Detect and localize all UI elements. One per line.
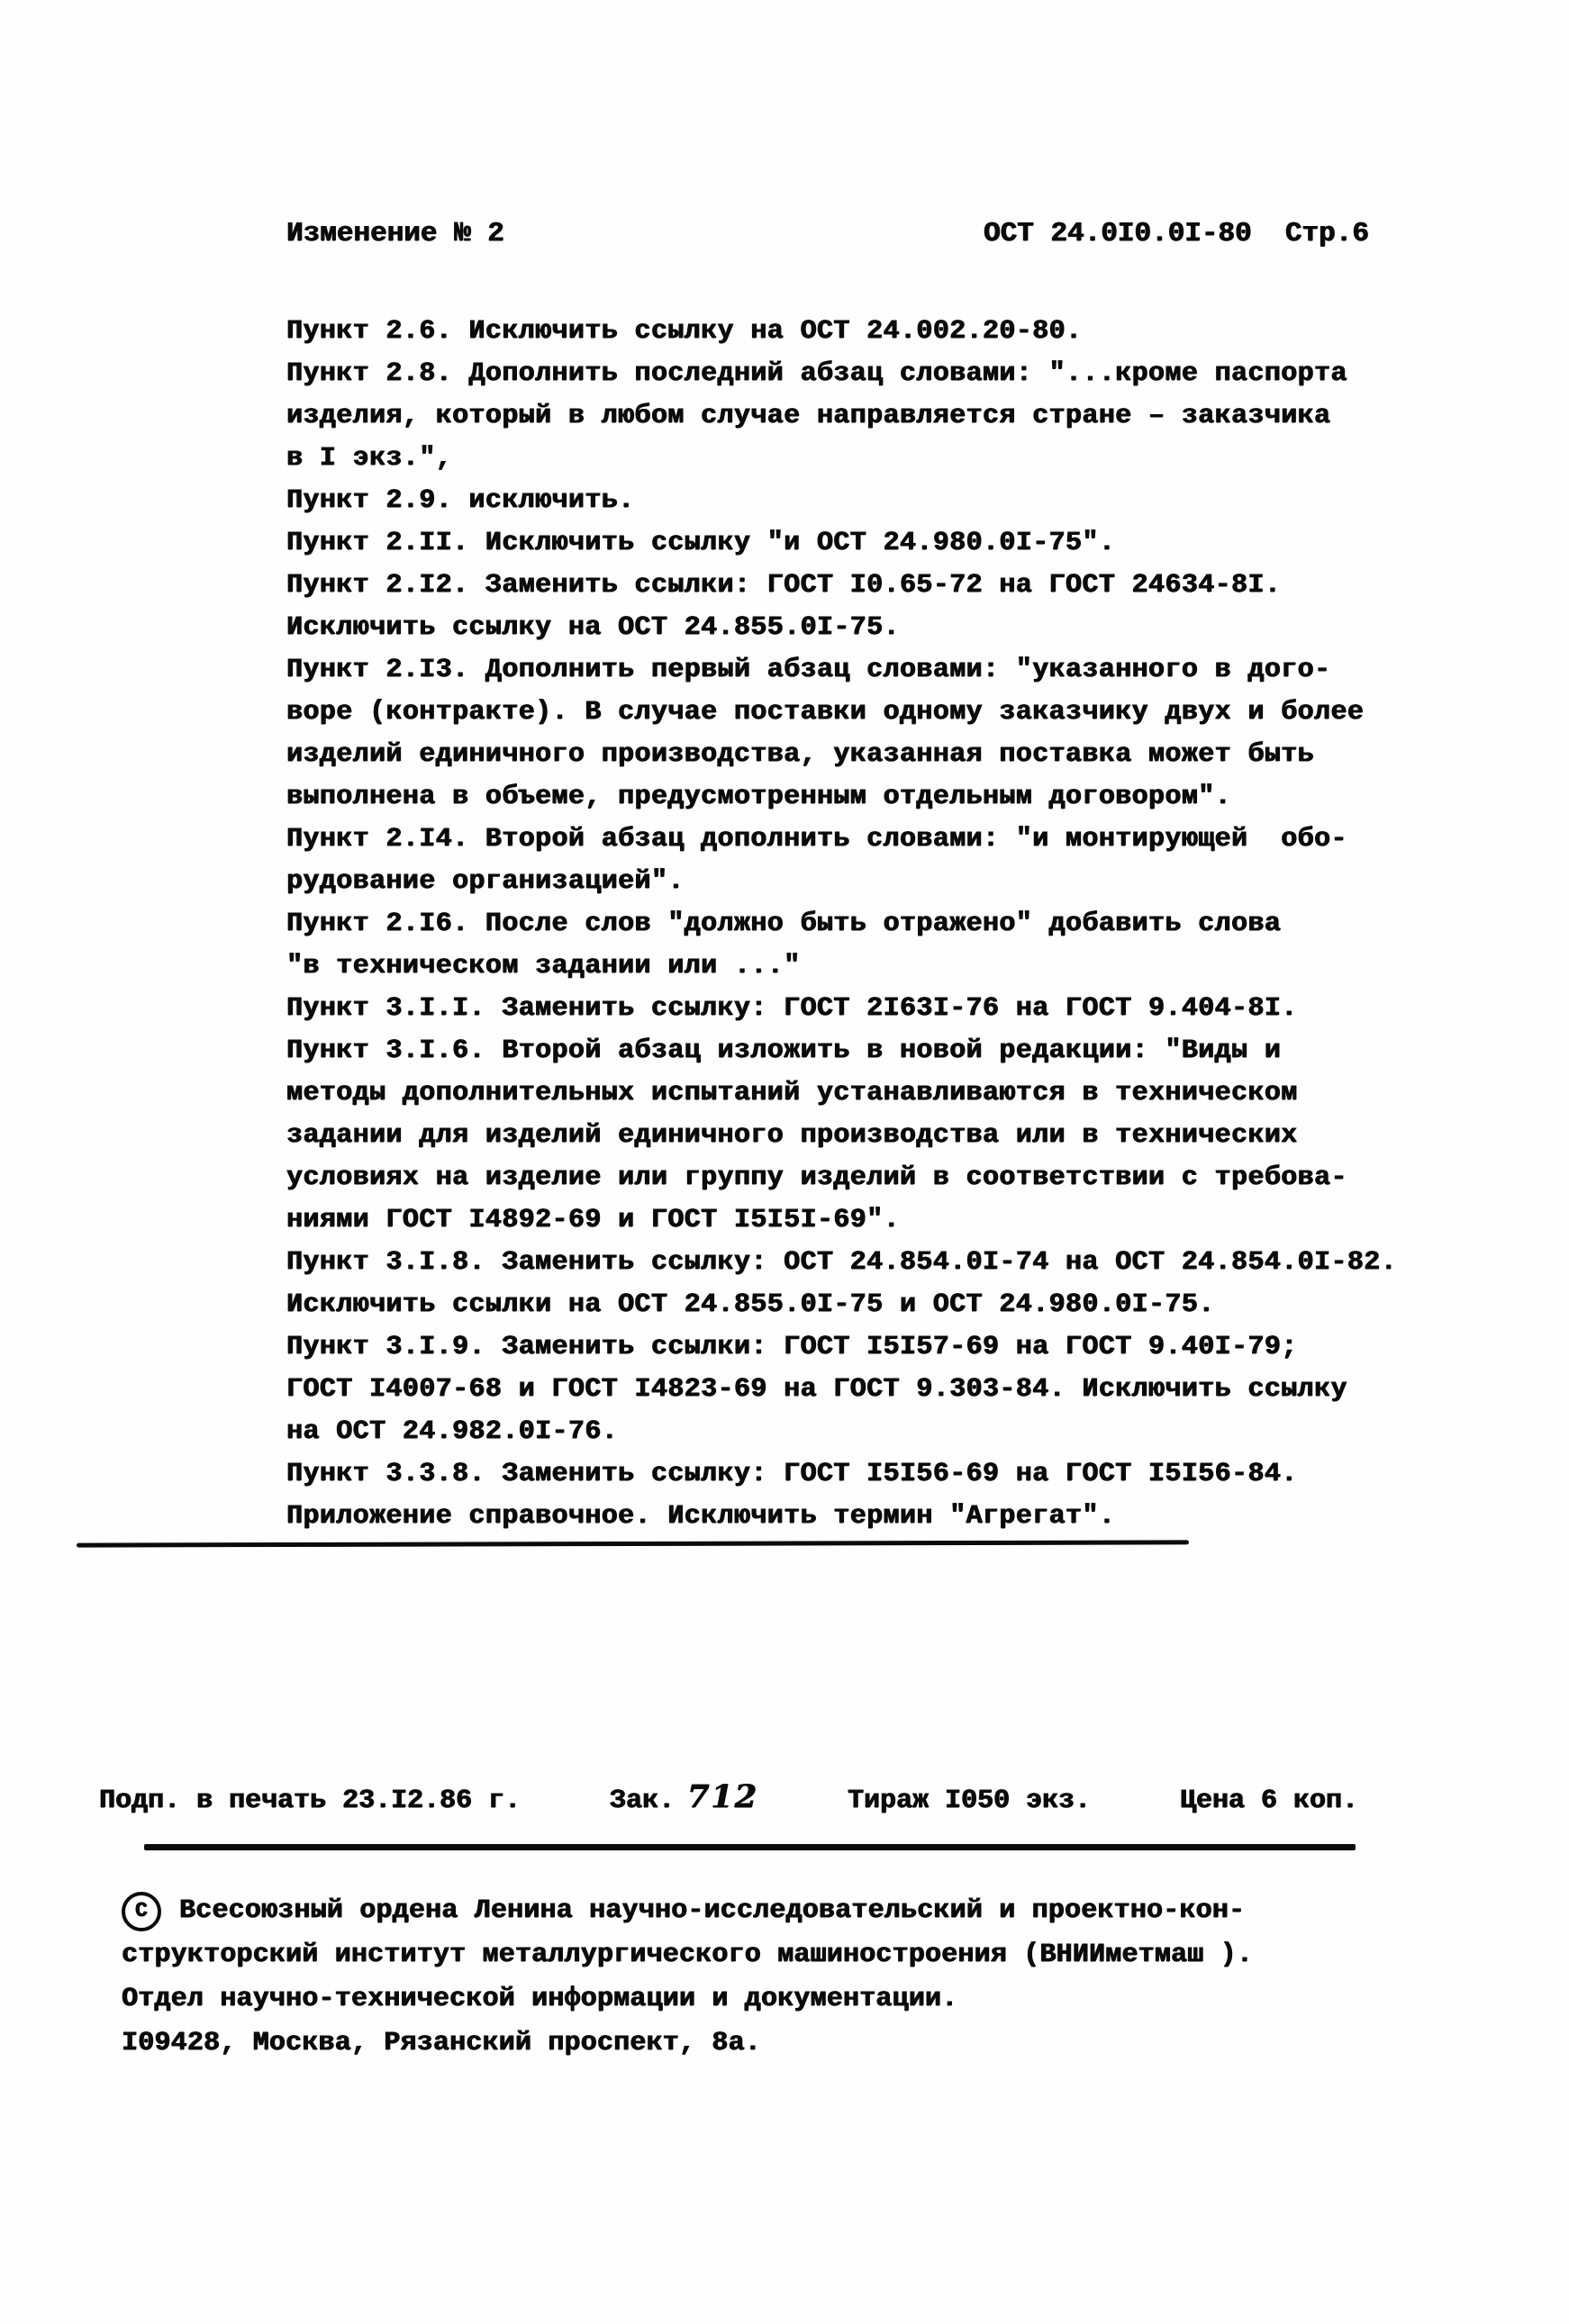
text-line: изделий единичного производства, указанн… [286, 734, 1439, 776]
imprint-line: Подп. в печать 23.I2.86 г. Зак. 712 Тира… [99, 1778, 1358, 1816]
print-run-text: Тираж I050 экз. [848, 1786, 1091, 1816]
text-line: Исключить ссылку на ОСТ 24.855.0I-75. [286, 607, 1439, 649]
change-number-heading: Изменение № 2 [286, 218, 504, 249]
hand-drawn-underline [77, 1540, 1189, 1547]
standard-reference-heading: ОСТ 24.0I0.0I-80 Стр.6 [984, 218, 1369, 249]
text-line: Пункт 2.I2. Заменить ссылки: ГОСТ I0.65-… [286, 565, 1439, 607]
text-line: Пункт 2.I4. Второй абзац дополнить слова… [286, 818, 1439, 861]
order-group: Зак. 712 [610, 1778, 758, 1816]
text-line: структорский институт металлургического … [122, 1933, 1410, 1977]
text-line: Пункт 2.6. Исключить ссылку на ОСТ 24.00… [286, 311, 1439, 353]
text-line: рудование организацией". [286, 861, 1439, 903]
text-line: выполнена в объеме, предусмотренным отде… [286, 776, 1439, 818]
order-number-handwritten: 712 [687, 1778, 758, 1815]
colophon-block: С Всесоюзный ордена Ленина научно-исслед… [122, 1889, 1410, 2066]
text-line: условиях на изделие или группу изделий в… [286, 1157, 1439, 1199]
text-line: Пункт 3.I.I. Заменить ссылку: ГОСТ 2I63I… [286, 988, 1439, 1030]
text-line: Пункт 2.8. Дополнить последний абзац сло… [286, 353, 1439, 395]
text-line: Пункт 3.3.8. Заменить ссылку: ГОСТ I5I56… [286, 1453, 1439, 1496]
text-line: Пункт 2.9. исключить. [286, 480, 1439, 522]
text-line: "в техническом задании или ..." [286, 945, 1439, 988]
text-line: изделия, который в любом случае направля… [286, 395, 1439, 438]
scanned-document-page: Изменение № 2 ОСТ 24.0I0.0I-80 Стр.6 Пун… [0, 0, 1569, 2324]
text-line: I09428, Москва, Рязанский проспект, 8а. [122, 2021, 1410, 2066]
text-line: Приложение справочное. Исключить термин … [286, 1496, 1439, 1538]
text-line: Пункт 2.I6. После слов "должно быть отра… [286, 903, 1439, 945]
separator-rule [144, 1844, 1356, 1850]
text-line: Всесоюзный ордена Ленина научно-исследов… [179, 1889, 1245, 1933]
text-line: на ОСТ 24.982.0I-76. [286, 1411, 1439, 1453]
text-line: Пункт 2.I3. Дополнить первый абзац слова… [286, 649, 1439, 692]
text-line: ГОСТ I4007-68 и ГОСТ I4823-69 на ГОСТ 9.… [286, 1369, 1439, 1411]
signed-to-print-text: Подп. в печать 23.I2.86 г. [99, 1786, 521, 1816]
text-line: ниями ГОСТ I4892-69 и ГОСТ I5I5I-69". [286, 1199, 1439, 1242]
text-line: Отдел научно-технической информации и до… [122, 1977, 1410, 2021]
colophon-rest-lines: структорский институт металлургического … [122, 1933, 1410, 2066]
order-label: Зак. [610, 1786, 675, 1816]
text-line: Исключить ссылки на ОСТ 24.855.0I-75 и О… [286, 1284, 1439, 1326]
text-line: Пункт 3.I.6. Второй абзац изложить в нов… [286, 1030, 1439, 1072]
text-line: воре (контракте). В случае поставки одно… [286, 692, 1439, 734]
text-line: Пункт 2.II. Исключить ссылку "и ОСТ 24.9… [286, 522, 1439, 565]
text-line: методы дополнительных испытаний устанавл… [286, 1072, 1439, 1115]
text-line: Пункт 3.I.9. Заменить ссылки: ГОСТ I5I57… [286, 1326, 1439, 1369]
colophon-first-line: С Всесоюзный ордена Ленина научно-исслед… [122, 1889, 1410, 1933]
text-line: Пункт 3.I.8. Заменить ссылку: ОСТ 24.854… [286, 1242, 1439, 1284]
price-text: Цена 6 коп. [1180, 1786, 1358, 1816]
text-line: задании для изделий единичного производс… [286, 1115, 1439, 1157]
amendment-text-block: Пункт 2.6. Исключить ссылку на ОСТ 24.00… [286, 311, 1439, 1538]
text-line: в I экз.", [286, 438, 1439, 480]
copyright-icon: С [122, 1892, 161, 1931]
